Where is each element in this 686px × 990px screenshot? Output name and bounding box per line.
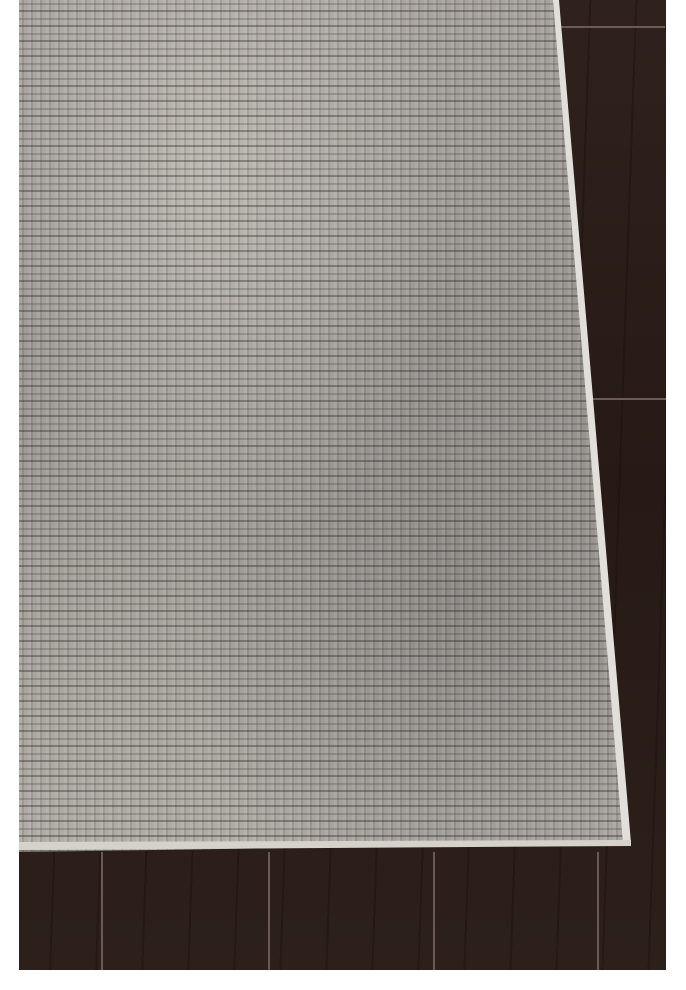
rug-photo bbox=[19, 0, 666, 970]
image-caption: Corner of a gray distressed-pattern area… bbox=[0, 0, 1, 1]
floor-seam bbox=[433, 852, 435, 970]
floor-seam bbox=[268, 852, 270, 970]
floor-seam bbox=[555, 26, 665, 28]
floor-seam bbox=[597, 852, 599, 970]
floor-seam bbox=[101, 852, 103, 970]
area-rug bbox=[19, 0, 659, 852]
